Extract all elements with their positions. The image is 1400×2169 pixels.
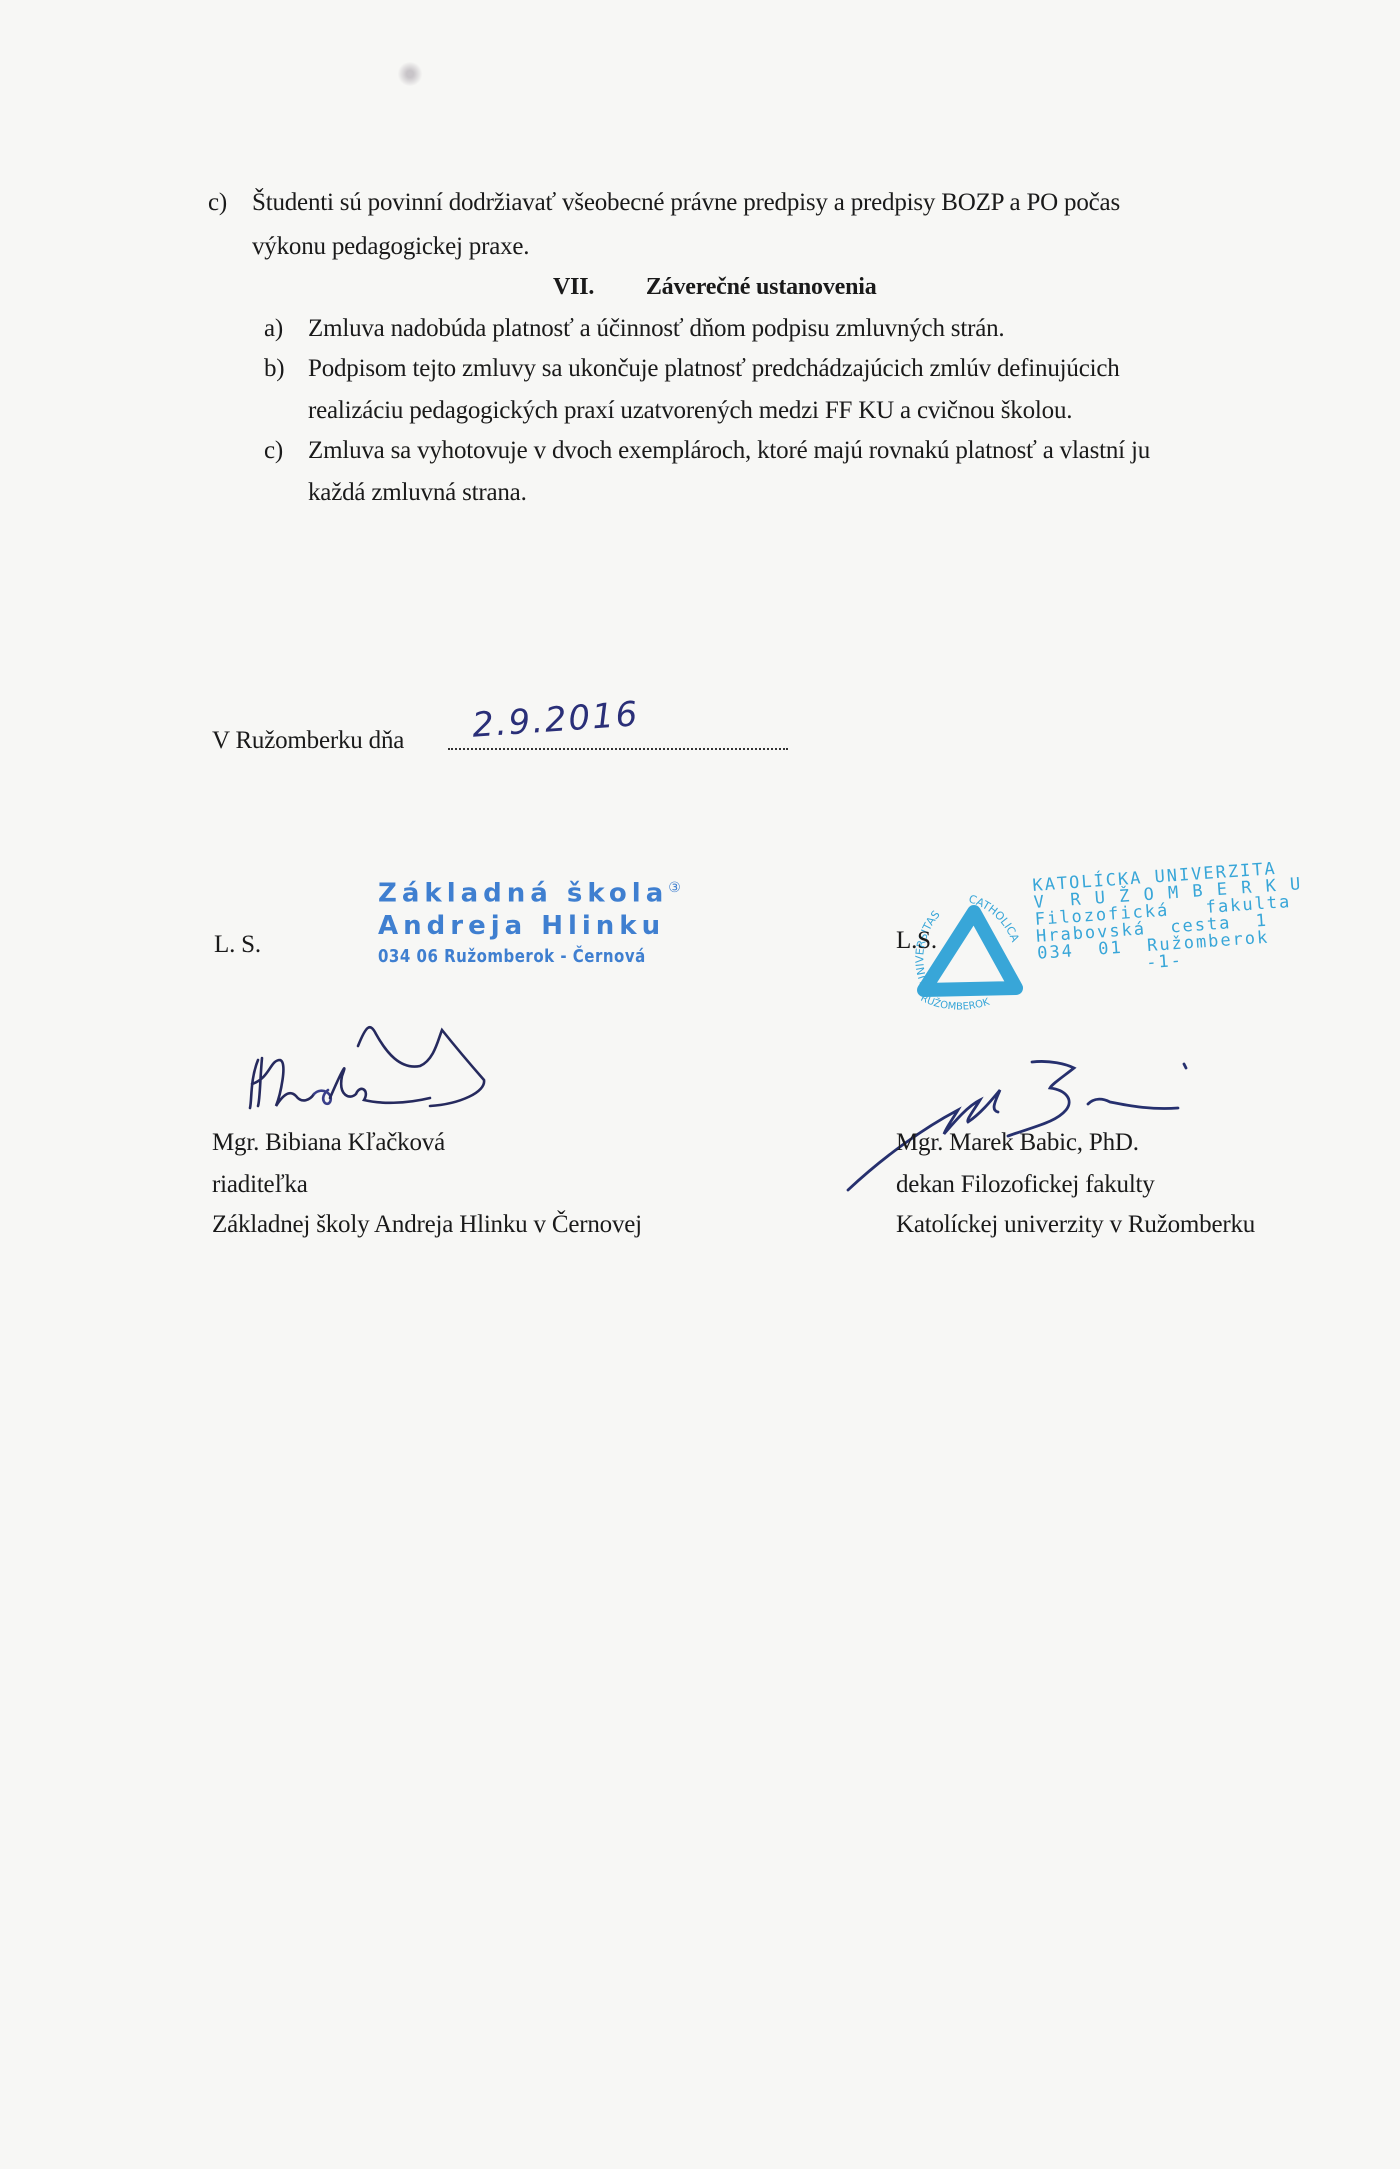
item-mark: c) — [208, 188, 252, 218]
item-mark: c) — [264, 436, 308, 466]
item-mark: a) — [264, 314, 308, 344]
school-stamp-line2: Andreja Hlinku — [378, 910, 686, 942]
section-vi-item-c-cont: výkonu pedagogickej praxe. — [252, 232, 529, 262]
right-ls-label: L.S. — [896, 926, 937, 956]
right-signatory-role: dekan Filozofickej fakulty — [896, 1170, 1155, 1200]
item-text-line: Študenti sú povinní dodržiavať všeobecné… — [252, 189, 1120, 216]
section-title: Záverečné ustanovenia — [646, 274, 877, 300]
school-stamp: Základná škola③ Andreja Hlinku 034 06 Ru… — [378, 872, 686, 970]
left-ls-label: L. S. — [214, 930, 261, 960]
signature-left — [230, 1000, 490, 1120]
section-number: VII. — [553, 274, 594, 300]
right-signatory-name: Mgr. Marek Babic, PhD. — [896, 1128, 1139, 1158]
item-mark: b) — [264, 354, 308, 384]
university-stamp: KATOLÍCKA UNIVERZITA V R U Ž O M B E R K… — [1032, 859, 1308, 980]
section-vi-item-c: c)Študenti sú povinní dodržiavať všeobec… — [208, 188, 1120, 218]
left-signatory-name: Mgr. Bibiana Kľačková — [212, 1128, 445, 1158]
item-text-line: Podpisom tejto zmluvy sa ukončuje platno… — [308, 355, 1120, 382]
section-vii-item-b-cont: realizáciu pedagogických praxí uzatvoren… — [308, 396, 1072, 426]
left-signatory-role: riaditeľka — [212, 1170, 308, 1200]
school-stamp-line3: 034 06 Ružomberok - Černová — [378, 939, 686, 973]
section-vii-item-c: c)Zmluva sa vyhotovuje v dvoch exempláro… — [264, 436, 1150, 466]
paper-smudge — [397, 62, 423, 86]
section-heading: VII. Záverečné ustanovenia — [553, 272, 877, 302]
item-text-line: Zmluva nadobúda platnosť a účinnosť dňom… — [308, 315, 1004, 342]
school-stamp-mark: ③ — [668, 880, 686, 896]
left-signatory-org: Základnej školy Andreja Hlinku v Černove… — [212, 1210, 642, 1240]
section-vii-item-a: a)Zmluva nadobúda platnosť a účinnosť dň… — [264, 314, 1004, 344]
date-blank-line — [448, 748, 788, 750]
place-date-label: V Ružomberku dňa — [212, 726, 404, 756]
right-signatory-org: Katolíckej univerzity v Ružomberku — [896, 1210, 1255, 1240]
section-vii-item-c-cont: každá zmluvná strana. — [308, 478, 527, 508]
section-vii-item-b: b)Podpisom tejto zmluvy sa ukončuje plat… — [264, 354, 1120, 384]
item-text-line: Zmluva sa vyhotovuje v dvoch exemplároch… — [308, 437, 1150, 464]
school-stamp-line1: Základná škola — [378, 879, 668, 909]
handwritten-date: 2.9.2016 — [471, 694, 641, 746]
